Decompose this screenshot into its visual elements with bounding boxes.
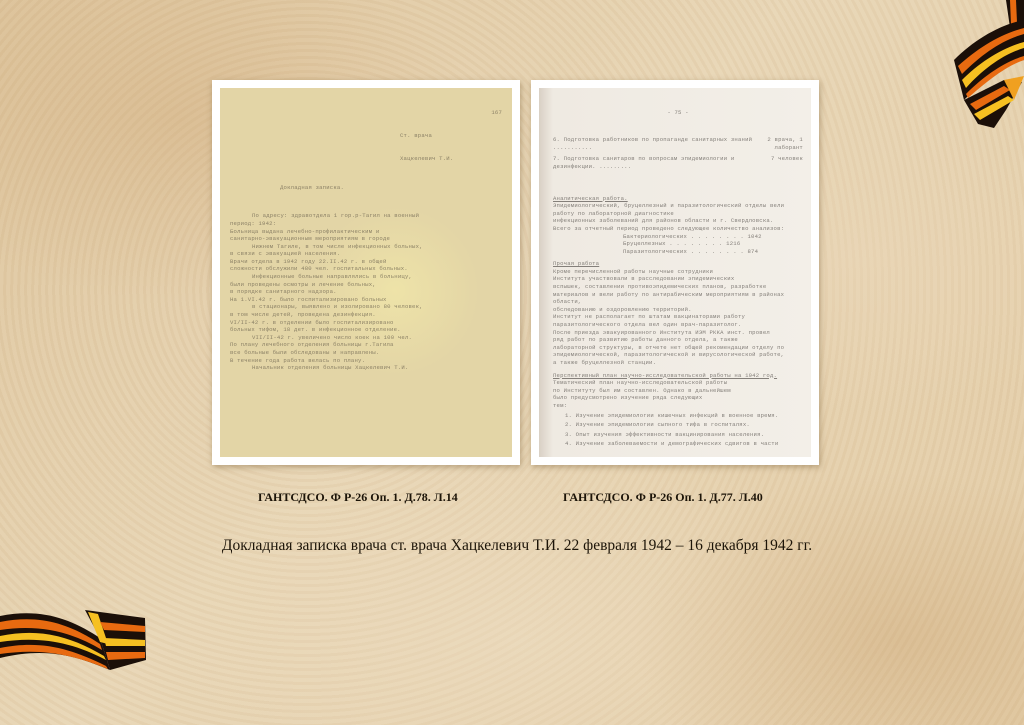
document-line: Кроме перечисленной работы научные сотру… [553,268,803,276]
document-line: паразитологического отдела вел один врач… [553,321,803,329]
document-sections: Аналитическая работа.Эпидемиологический,… [553,195,803,448]
list-item: 2. Изучение эпидемиологии сыпного тифа в… [553,421,803,429]
document-line: санитарно-эвакуационным мероприятиям в г… [230,235,502,243]
section-heading: Прочая работа [553,260,803,268]
document-line: Всего за отчетный период проведено следу… [553,225,803,233]
document-line: Нижнем Тагиле, в том числе инфекционных … [230,243,502,251]
document-line: ряд работ по развитию работы данного отд… [553,336,803,344]
page-number: - 75 - [553,109,803,117]
list-item: 1. Изучение эпидемиологии кишечных инфек… [553,412,803,420]
document-line: Больница выдана лечебно-профилактическим… [230,228,502,236]
document-line: материалов и вели работу по антирабическ… [553,291,803,306]
list-item: 3. Опыт изучения эффективности вакциниро… [553,431,803,439]
item-text: 6. Подготовка работников по пропаганде с… [553,136,763,151]
document-line: В течение года работа велась по плану. [230,357,502,365]
document-line: тем: [553,402,803,410]
document-line: были проведены осмотры и лечение больных… [230,281,502,289]
document-line: Инфекционные больные направлялись в боль… [230,273,502,281]
document-line: сложности обслужили 480 чел. госпитальны… [230,265,502,273]
document-line: После приезда эвакуированного Института … [553,329,803,337]
document-section: Перспективный план научно-исследовательс… [553,372,803,448]
numbered-item: 7. Подготовка санитаров по вопросам эпид… [553,155,803,170]
document-title: Докладная записка. [230,184,502,192]
page-mark: 167 [230,109,502,117]
document-line: VII/II-42 г. увеличено число коек на 100… [230,334,502,342]
item-note: 7 человек [763,155,803,170]
document-line: в порядке санитарного надзора. [230,288,502,296]
archive-reference-left: ГАНТСДСО. Ф Р-26 Оп. 1. Д.78. Л.14 [258,490,458,505]
count-row: Бруцеллезных . . . . . . . . 1216 [553,240,803,248]
document-line: период: 1942: [230,220,502,228]
count-row: Бактериологических . . . . . . . . 1042 [553,233,803,241]
numbered-items: 6. Подготовка работников по пропаганде с… [553,136,803,170]
document-line: эпидемиологической, паразитологической и… [553,351,803,359]
document-line: все больные были обследованы и направлен… [230,349,502,357]
document-section: Аналитическая работа.Эпидемиологический,… [553,195,803,256]
document-line: VI/II-42 г. в отделении было госпитализи… [230,319,502,327]
document-line: По адресу: здравотдела 1 гор.р-Тагил на … [230,212,502,220]
archive-reference-right: ГАНТСДСО. Ф Р-26 Оп. 1. Д.77. Л.40 [563,490,763,505]
main-caption: Докладная записка врача ст. врача Хацкел… [0,537,1024,555]
document-body: По адресу: здравотдела 1 гор.р-Тагил на … [230,212,502,371]
document-line: инфекционных заболеваний для районов обл… [553,217,803,225]
document-line: было предусмотрено изучение ряда следующ… [553,394,803,402]
document-image-right: - 75 - 6. Подготовка работников по пропа… [531,80,819,465]
document-section: Прочая работаКроме перечисленной работы … [553,260,803,366]
item-text: 7. Подготовка санитаров по вопросам эпид… [553,155,763,170]
document-line: Института участвовали в расследовании эп… [553,275,803,283]
count-row: Паразитологических . . . . . . . . 874 [553,248,803,256]
section-heading: Аналитическая работа. [553,195,803,203]
document-line: На 1.VI.42 г. было госпитализировано бол… [230,296,502,304]
list-item: 4. Изучение заболеваемости и демографиче… [553,440,803,448]
st-george-ribbon-icon [944,0,1024,135]
document-line: По плану лечебного отделения больницы г.… [230,341,502,349]
document-line: в стационары, выявлено и изолировано 80 … [230,303,502,311]
author-title: Ст. врача [230,132,502,140]
document-line: обследованию и оздоровлению территорий. [553,306,803,314]
archival-document-left: 167 Ст. врача Хацкелевич Т.И. Докладная … [220,88,512,457]
document-line: а также бруцеллезной станции. [553,359,803,367]
document-line: вспышек, составлении противоэпидемически… [553,283,803,291]
document-image-left: 167 Ст. врача Хацкелевич Т.И. Докладная … [212,80,520,465]
author-name: Хацкелевич Т.И. [230,155,502,163]
st-george-ribbon-icon [0,598,150,678]
section-heading: Перспективный план научно-исследовательс… [553,372,803,380]
document-line: Тематический план научно-исследовательск… [553,379,803,387]
document-line: Начальник отделения больницы Хацкелевич … [230,364,502,372]
numbered-item: 6. Подготовка работников по пропаганде с… [553,136,803,151]
document-line: лабораторной структуры, в отчете нет общ… [553,344,803,352]
document-line: по Институту был им составлен. Однако в … [553,387,803,395]
document-line: Эпидемиологический, бруцеллезный и параз… [553,202,803,217]
document-line: Врачи отдела в 1942 году 22.II.42 г. в о… [230,258,502,266]
document-line: в связи с эвакуацией населения. [230,250,502,258]
document-line: Институт не располагает по штатам вакцин… [553,313,803,321]
archival-document-right: - 75 - 6. Подготовка работников по пропа… [539,88,811,457]
document-line: в том числе детей, проведена дезинфекция… [230,311,502,319]
item-note: 2 врача, 1 лаборант [763,136,803,151]
document-line: больных тифом, 18 дет. в инфекционное от… [230,326,502,334]
